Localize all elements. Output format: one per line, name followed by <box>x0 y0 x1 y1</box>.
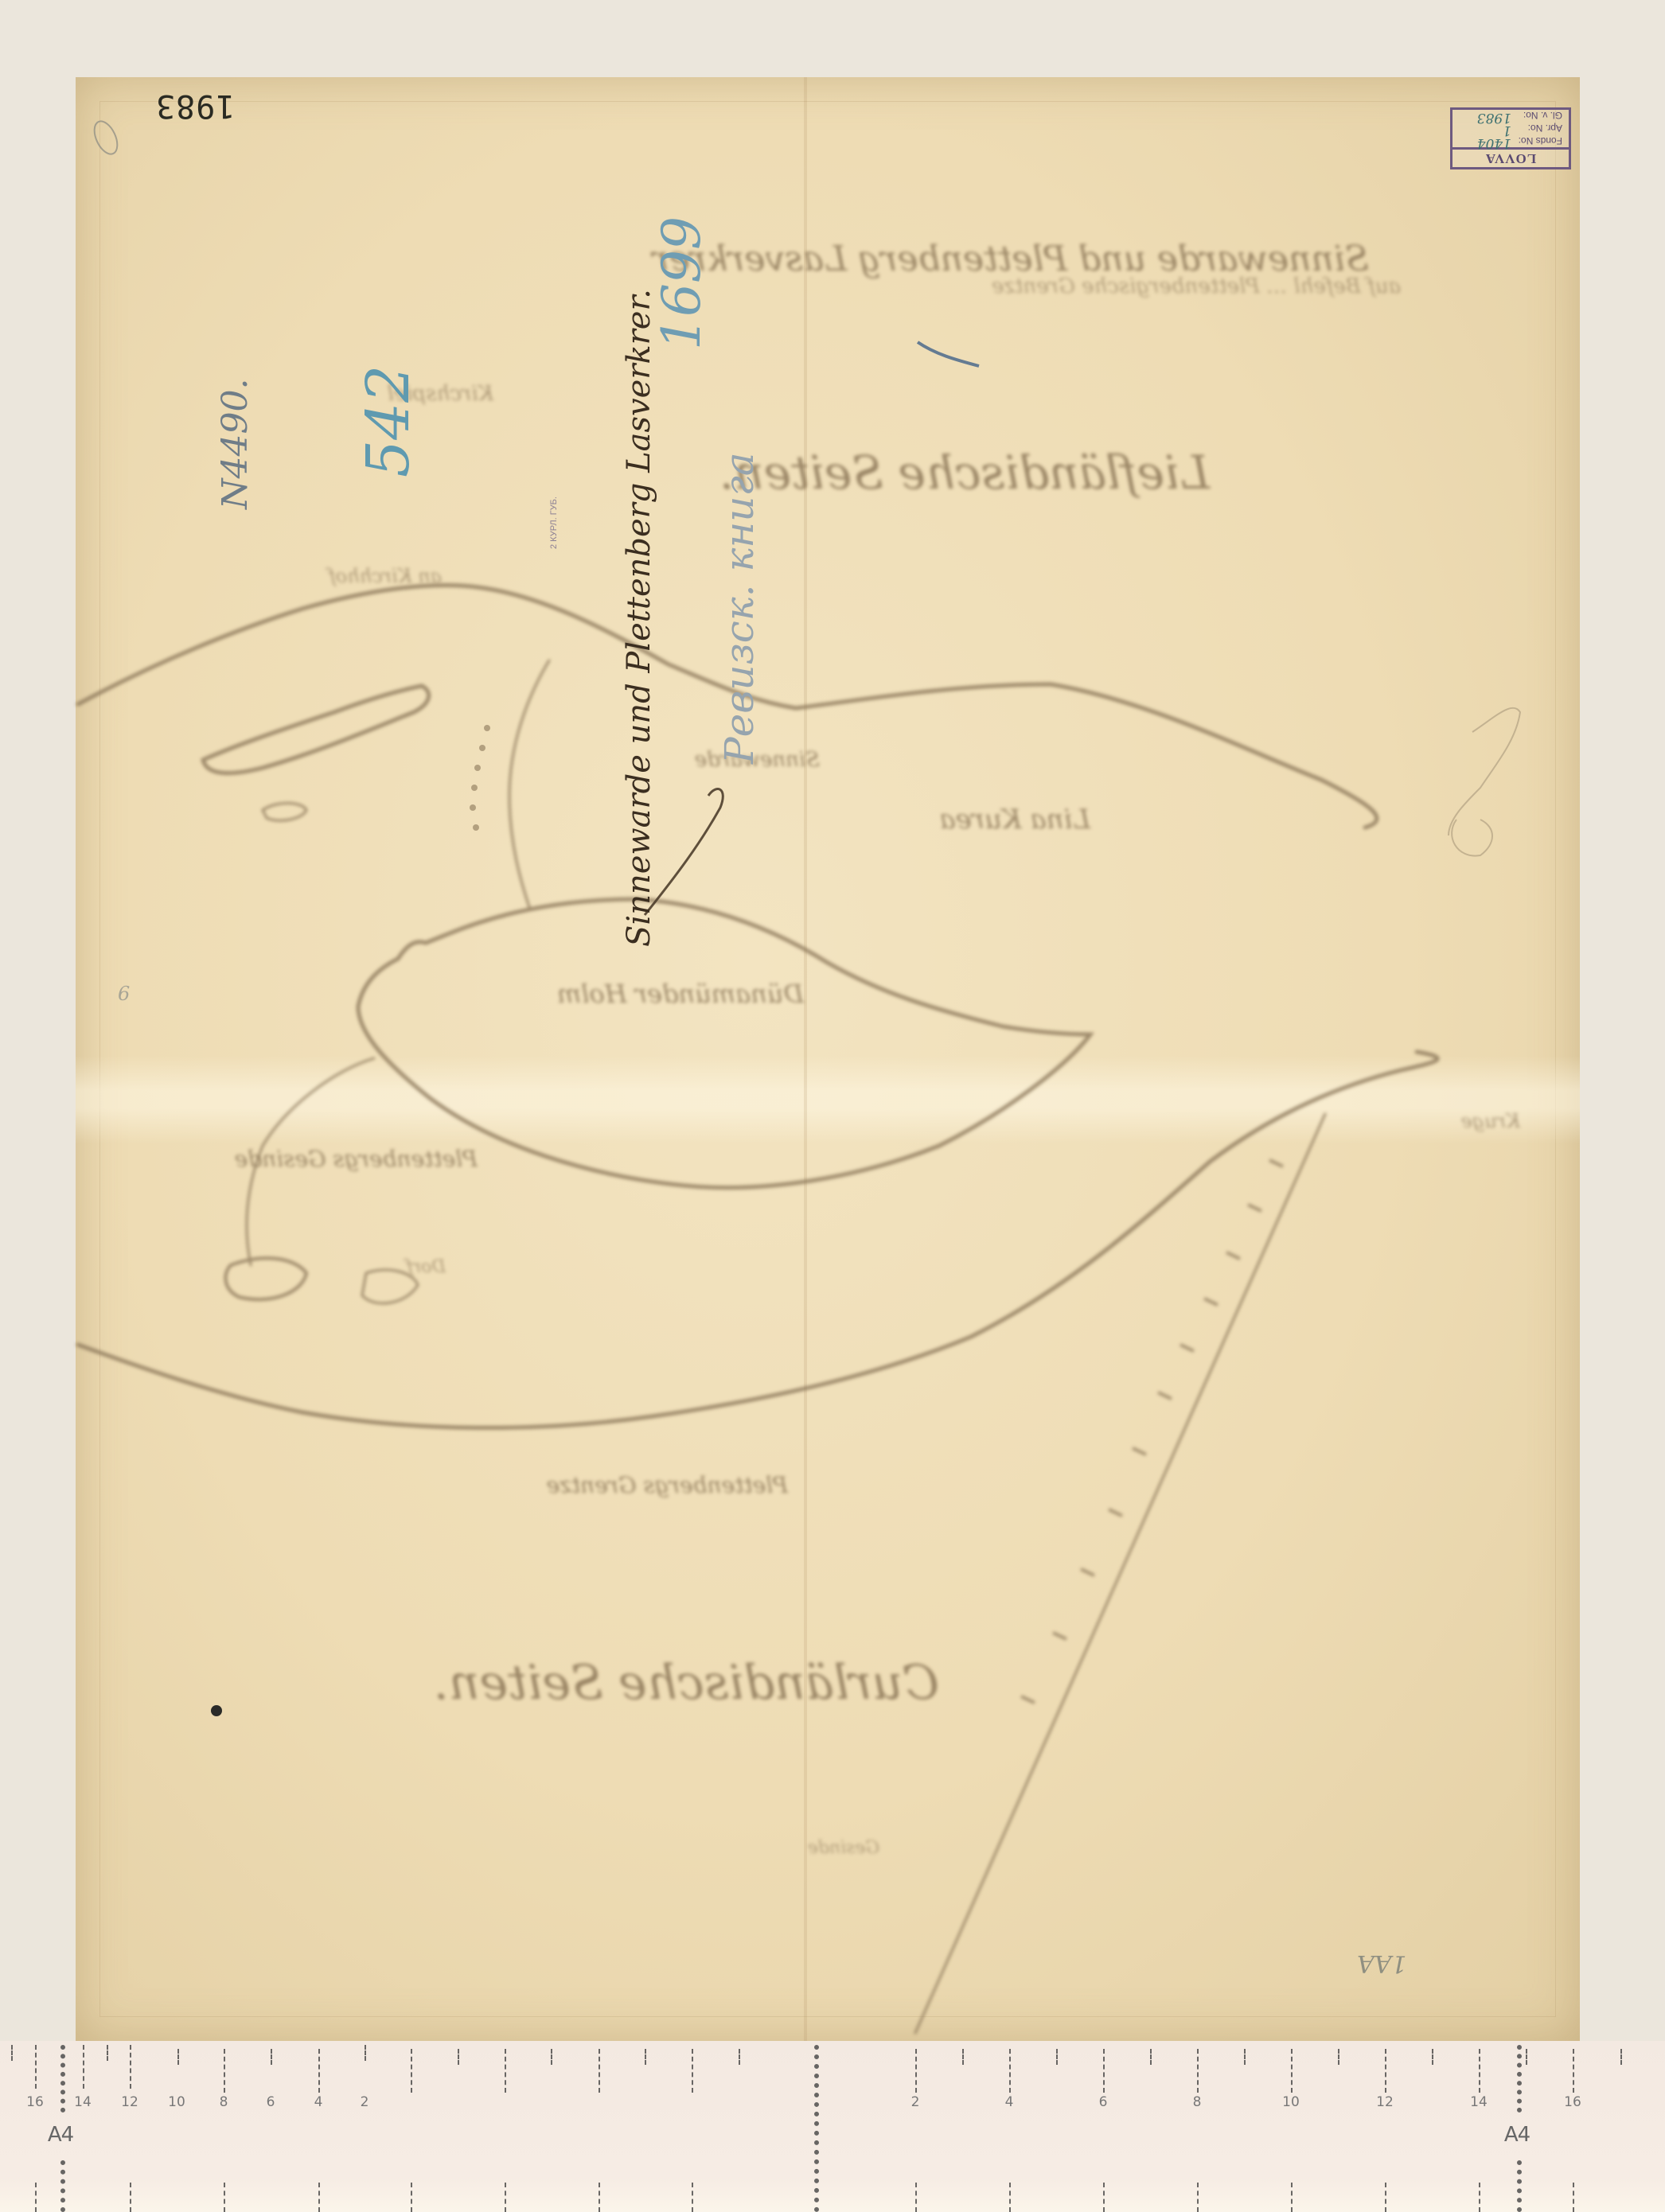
label-courland-side: Curländische Seiten. <box>434 1655 939 1711</box>
ruler-tick <box>130 2045 131 2089</box>
ruler-label: 14 <box>1470 2094 1488 2110</box>
a4-guide-right <box>1517 2045 1522 2113</box>
dotted-boundary <box>470 725 490 831</box>
ruler-tick <box>411 2049 412 2093</box>
ruler-tick <box>1009 2183 1011 2212</box>
ruler-tick <box>1244 2049 1246 2065</box>
ruler-tick <box>505 2183 506 2212</box>
heading-line-2: auf Befehl … Plettenbergische Grentze <box>992 275 1401 298</box>
ruler-tick <box>739 2049 740 2065</box>
label-river: Lina Kurea <box>939 804 1090 835</box>
small-stamp: 2 КУРЛ. ГУБ. <box>549 497 559 549</box>
a4-guide-right-lower <box>1517 2160 1522 2212</box>
ruler-tick <box>551 2049 552 2065</box>
ruler-label: 12 <box>121 2094 138 2110</box>
scale-ticks <box>1021 1160 1283 1703</box>
ruler-tick <box>107 2045 108 2061</box>
ruler-label: 2 <box>361 2094 369 2110</box>
label-right-place: Kruge <box>1461 1110 1520 1132</box>
ruler-tick <box>318 2049 320 2093</box>
center-guide <box>814 2045 819 2212</box>
ruler-label: 4 <box>1005 2094 1014 2110</box>
ruler-label: 10 <box>168 2094 185 2110</box>
ruler-tick <box>1009 2049 1011 2093</box>
ruler-tick <box>1479 2049 1480 2093</box>
ruler-tick <box>1338 2049 1339 2065</box>
label-livonian-side: Liefländische Seiten. <box>719 446 1210 500</box>
label-island: Dünamünder Holm <box>557 979 804 1009</box>
a4-guide-left-lower <box>60 2160 65 2212</box>
label-place-2: Plettenbergs Grentze <box>547 1472 788 1498</box>
ruler-tick <box>83 2045 84 2089</box>
ruler-label: 6 <box>1099 2094 1108 2110</box>
ruler-tick <box>224 2049 225 2093</box>
ruler-tick <box>1385 2183 1386 2212</box>
measurement-ruler: 16 14 12 10 8 6 4 2 2 4 6 8 10 12 14 16 … <box>0 2041 1665 2212</box>
paper-size-label-right: A4 <box>1504 2123 1530 2147</box>
ruler-tick <box>1056 2049 1058 2065</box>
archive-stamp: LOVVA Fonds No: 1404 Apr. No: 1 Gl. v. N… <box>1450 107 1571 169</box>
islet-lower-3 <box>263 803 306 820</box>
corner-pencil-mark: 1AA <box>1357 1949 1406 1977</box>
ruler-tick <box>1573 2183 1574 2212</box>
year-annotation: 1699 <box>651 216 712 350</box>
ruler-tick <box>645 2049 646 2065</box>
archive-number: 1983 <box>155 88 235 124</box>
ruler-label: 16 <box>1564 2094 1581 2110</box>
ruler-tick <box>599 2183 600 2212</box>
ruler-tick <box>11 2045 13 2061</box>
ruler-tick <box>1526 2049 1527 2065</box>
boundary-arc <box>509 660 549 907</box>
ruler-tick <box>365 2045 366 2061</box>
label-bottom-place: Gesinde <box>808 1838 879 1858</box>
ruler-tick <box>1479 2183 1480 2212</box>
ruler-label: 8 <box>220 2094 228 2110</box>
island-outline <box>358 899 1090 1188</box>
ruler-tick <box>1620 2049 1622 2065</box>
ruler-label: 8 <box>1193 2094 1202 2110</box>
ruler-tick <box>1197 2183 1199 2212</box>
ruler-tick <box>318 2183 320 2212</box>
fold-number: 6 <box>118 983 130 1005</box>
ruler-tick <box>1573 2049 1574 2093</box>
ruler-tick <box>1432 2049 1433 2065</box>
river-bank-lower <box>78 1052 1437 1427</box>
scale-bar <box>915 1114 1325 2033</box>
islet-lower <box>225 1258 306 1299</box>
ruler-tick <box>1103 2183 1105 2212</box>
ruler-label: 4 <box>314 2094 323 2110</box>
ruler-tick <box>1197 2049 1199 2093</box>
ruler-label: 6 <box>267 2094 275 2110</box>
ruler-tick <box>271 2049 272 2065</box>
stamp-apr-value: 1 <box>1503 124 1511 137</box>
compass-rose-icon <box>1449 708 1520 856</box>
label-village: Dorf <box>406 1257 446 1277</box>
small-island <box>203 686 429 773</box>
ruler-label: 16 <box>26 2094 44 2110</box>
corner-mark-icon <box>90 118 122 158</box>
ruler-tick <box>130 2183 131 2212</box>
ruler-tick <box>599 2049 600 2093</box>
ruler-tick <box>915 2183 917 2212</box>
ruler-label: 14 <box>74 2094 92 2110</box>
title-script: Sinnewarde und Plettenberg Lasverkrer. <box>621 289 657 947</box>
stamp-apr-label: Apr. No: <box>1528 123 1562 134</box>
ruler-tick <box>458 2049 459 2065</box>
ruler-tick <box>35 2045 37 2089</box>
ruler-tick <box>692 2049 693 2093</box>
ruler-label: 2 <box>911 2094 920 2110</box>
stamp-fonds-label: Fonds No: <box>1519 135 1562 146</box>
ruler-label: 10 <box>1282 2094 1300 2110</box>
ruler-tick <box>1291 2049 1293 2093</box>
heading-line-1: Sinnewarde und Plettenberg Lasverkrer <box>653 239 1369 279</box>
ruler-tick <box>224 2183 225 2212</box>
ruler-tick <box>411 2183 412 2212</box>
ruler-tick <box>177 2049 179 2065</box>
stamp-fonds-value: 1404 <box>1477 137 1511 150</box>
a4-guide-left <box>60 2045 65 2113</box>
stamp-gl-label: Gl. v. No: <box>1523 110 1562 121</box>
catalog-number-blue: 542 <box>354 365 423 477</box>
stamp-gl: Gl. v. No: 1983 <box>1452 109 1569 122</box>
ruler-tick <box>35 2183 37 2212</box>
ink-blot <box>211 1705 222 1716</box>
map-linework <box>0 0 1665 2041</box>
paper-size-label-left: A4 <box>48 2123 73 2147</box>
blue-dash-mark <box>918 342 979 366</box>
ruler-tick <box>1385 2049 1386 2093</box>
catalog-number-pencil: N4490. <box>215 379 255 509</box>
ruler-tick <box>1291 2183 1293 2212</box>
ruler-label: 12 <box>1376 2094 1394 2110</box>
ruler-tick <box>1150 2049 1152 2065</box>
pencil-annotation: Ревизск. книга <box>716 452 762 764</box>
label-place-1: Plettenbergs Gesinde <box>235 1146 478 1172</box>
ruler-tick <box>962 2049 964 2065</box>
ruler-tick <box>505 2049 506 2093</box>
label-upper-place-2: an Kirchhof <box>329 565 442 587</box>
stamp-gl-value: 1983 <box>1477 111 1511 124</box>
ruler-tick <box>915 2049 917 2093</box>
ruler-tick <box>692 2183 693 2212</box>
ruler-tick <box>1103 2049 1105 2093</box>
